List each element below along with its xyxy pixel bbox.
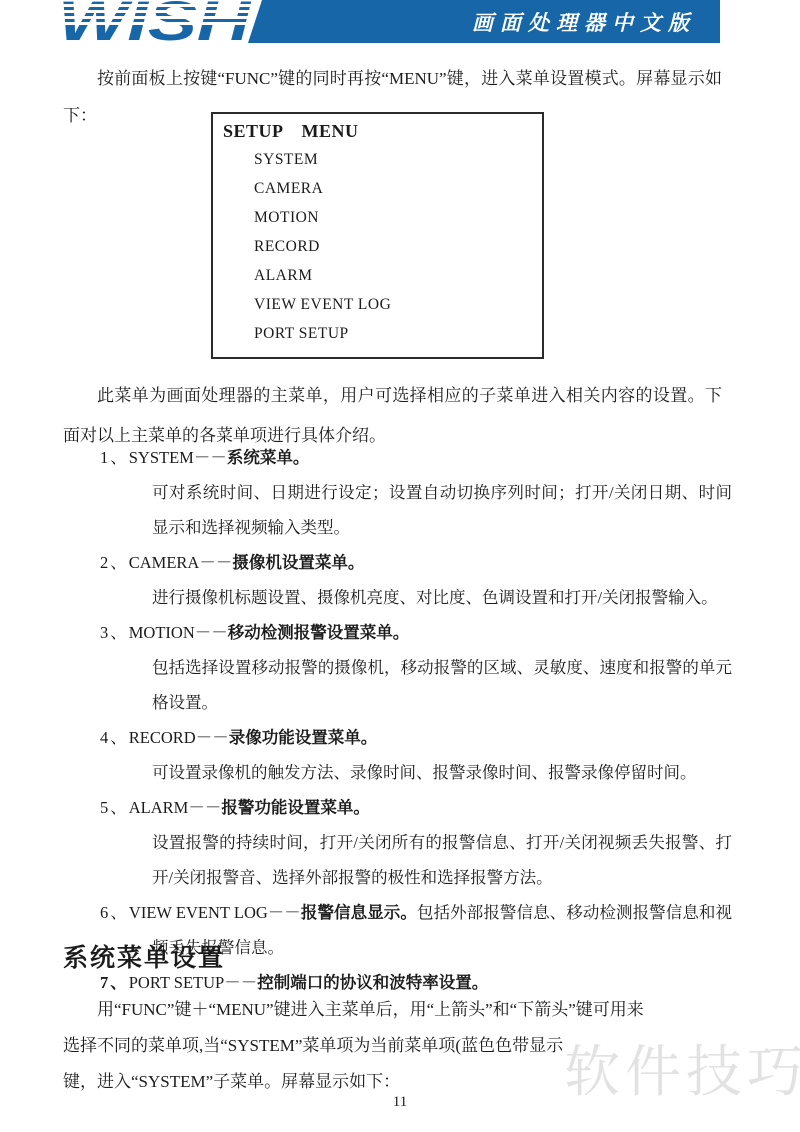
- item-heading: 5、ALARM－－报警功能设置菜单。: [100, 790, 732, 825]
- section-heading: 系统菜单设置: [63, 938, 225, 974]
- item-description: 设置报警的持续时间，打开/关闭所有的报警信息、打开/关闭视频丢失报警、打开/关闭…: [152, 825, 732, 895]
- usage-line-2: 选择不同的菜单项,当“SYSTEM”菜单项为当前菜单项(蓝色色带显示: [63, 1028, 743, 1064]
- menu-descriptions: 1、SYSTEM－－系统菜单。 可对系统时间、日期进行设定；设置自动切换序列时间…: [100, 440, 732, 1000]
- item-heading: 4、RECORD－－录像功能设置菜单。: [100, 720, 732, 755]
- setup-menu-box: SETUP MENU SYSTEM CAMERA MOTION RECORD A…: [211, 112, 544, 359]
- list-item-camera: 2、CAMERA－－摄像机设置菜单。 进行摄像机标题设置、摄像机亮度、对比度、色…: [100, 545, 732, 615]
- list-item-record: 4、RECORD－－录像功能设置菜单。 可设置录像机的触发方法、录像时间、报警录…: [100, 720, 732, 790]
- item-heading: 2、CAMERA－－摄像机设置菜单。: [100, 545, 732, 580]
- list-item-motion: 3、MOTION－－移动检测报警设置菜单。 包括选择设置移动报警的摄像机，移动报…: [100, 615, 732, 720]
- item-description: 可对系统时间、日期进行设定；设置自动切换序列时间；打开/关闭日期、时间显示和选择…: [152, 475, 732, 545]
- menu-option-motion: MOTION: [254, 203, 542, 232]
- usage-paragraph: 用“FUNC”键＋“MENU”键进入主菜单后，用“上箭头”和“下箭头”键可用来 …: [63, 992, 743, 1100]
- page-number: 11: [0, 1094, 800, 1111]
- menu-option-alarm: ALARM: [254, 261, 542, 290]
- wish-logo-icon: WISH: [62, 0, 254, 43]
- item-description: 进行摄像机标题设置、摄像机亮度、对比度、色调设置和打开/关闭报警输入。: [152, 580, 732, 615]
- item-description: 可设置录像机的触发方法、录像时间、报警录像时间、报警录像停留时间。: [152, 755, 732, 790]
- item-description: 包括选择设置移动报警的摄像机，移动报警的区域、灵敏度、速度和报警的单元格设置。: [152, 650, 732, 720]
- menu-option-system: SYSTEM: [254, 145, 542, 174]
- list-item-system: 1、SYSTEM－－系统菜单。 可对系统时间、日期进行设定；设置自动切换序列时间…: [100, 440, 732, 545]
- menu-option-port-setup: PORT SETUP: [254, 319, 542, 348]
- banner-title: 画面处理器中文版: [472, 7, 696, 37]
- manual-page: 软件技巧 WISH 画面处理器中文版 按前面板上按键“FUNC”键的同时再按“M…: [0, 0, 800, 1132]
- setup-menu-title: SETUP MENU: [223, 121, 542, 142]
- header-banner: 画面处理器中文版: [248, 0, 720, 43]
- menu-option-camera: CAMERA: [254, 174, 542, 203]
- item-heading: 3、MOTION－－移动检测报警设置菜单。: [100, 615, 732, 650]
- menu-option-record: RECORD: [254, 232, 542, 261]
- list-item-alarm: 5、ALARM－－报警功能设置菜单。 设置报警的持续时间，打开/关闭所有的报警信…: [100, 790, 732, 895]
- setup-menu-list: SYSTEM CAMERA MOTION RECORD ALARM VIEW E…: [223, 145, 542, 348]
- item-heading: 1、SYSTEM－－系统菜单。: [100, 440, 732, 475]
- usage-line-1: 用“FUNC”键＋“MENU”键进入主菜单后，用“上箭头”和“下箭头”键可用来: [63, 992, 743, 1028]
- page-header: WISH 画面处理器中文版: [0, 0, 800, 43]
- menu-option-view-event-log: VIEW EVENT LOG: [254, 290, 542, 319]
